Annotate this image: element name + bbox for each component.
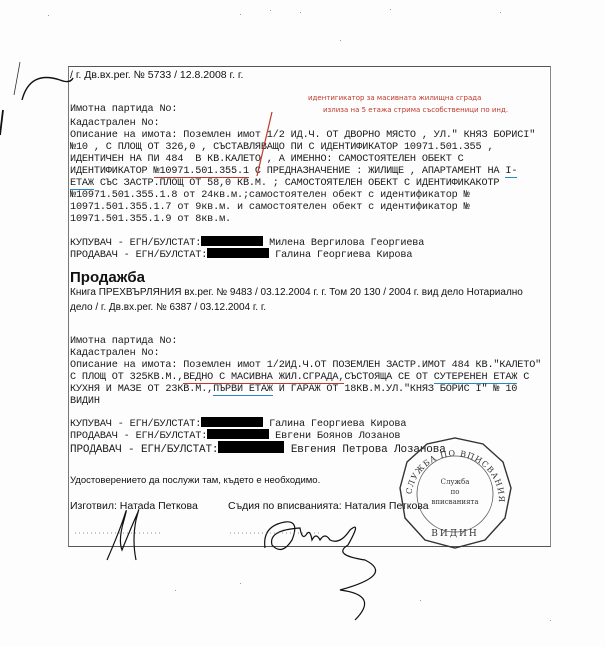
signature-preparer [107,510,139,560]
signature-judge [265,522,376,620]
ink-overlay: Служба по вписванията СЛУЖБА ПО ВПИСВАНИ… [0,0,605,647]
annotation-pointer [257,112,272,176]
svg-text:ВИДИН: ВИДИН [431,529,478,539]
arrow-mark [22,78,73,101]
svg-text:по: по [451,488,460,496]
official-stamp: Служба по вписванията СЛУЖБА ПО ВПИСВАНИ… [400,438,511,548]
svg-text:вписванията: вписванията [431,498,478,506]
svg-text:Служба: Служба [441,478,470,486]
